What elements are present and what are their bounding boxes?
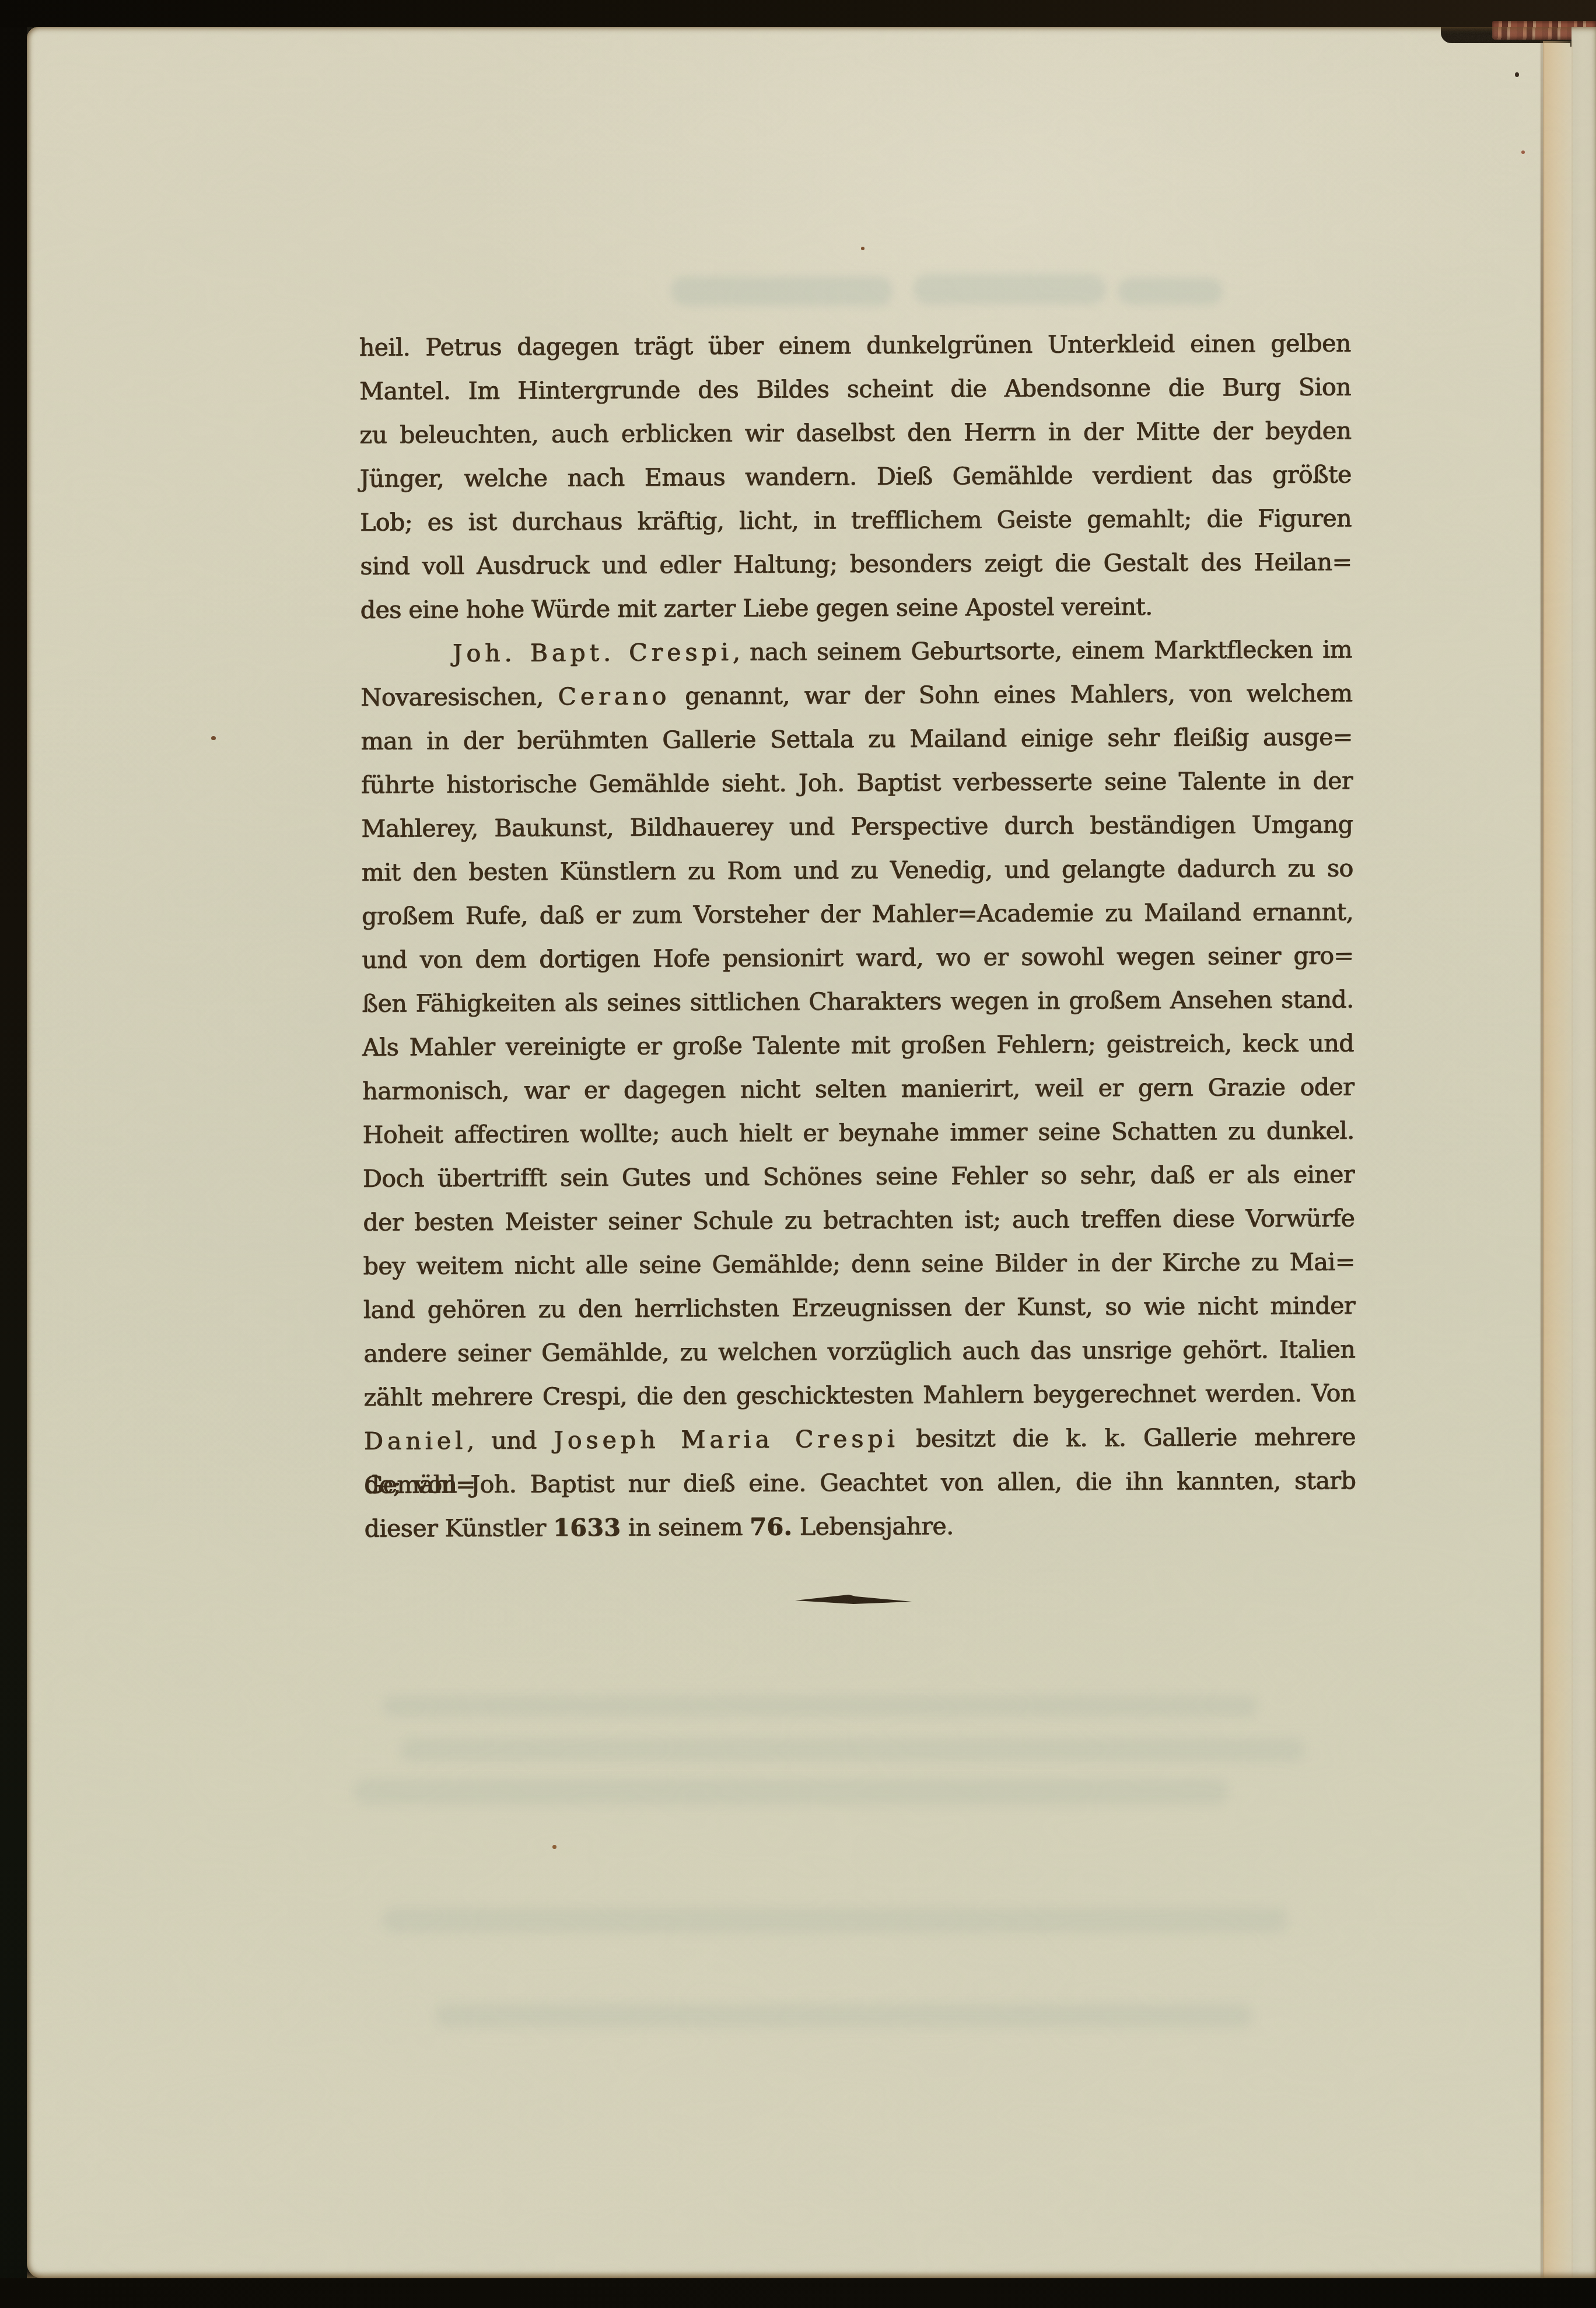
show-through-ghost xyxy=(353,1779,1228,1805)
text-segment: dieser Künstler xyxy=(364,1514,553,1542)
page-bottom-edge xyxy=(27,2271,1596,2278)
show-through-ghost xyxy=(400,1738,1304,1761)
text-line: Als Mahler vereinigte er große Talente m… xyxy=(362,1021,1354,1069)
text-line: sind voll Ausdruck und edler Haltung; be… xyxy=(360,540,1352,588)
text-line: harmonisch, war er dagegen nicht selten … xyxy=(362,1065,1354,1113)
show-through-ghost xyxy=(914,274,1106,304)
text-line: Hoheit affectiren wollte; auch hielt er … xyxy=(362,1109,1354,1157)
text-segment: heil. Petrus dagegen trägt über einem du… xyxy=(359,329,1350,361)
text-segment: , nach seinem Geburtsorte, einem Marktfl… xyxy=(733,635,1352,666)
text-line: zu beleuchten, auch erblicken wir daselb… xyxy=(359,409,1351,457)
text-segment: Jünger, welche nach Emaus wandern. Dieß … xyxy=(359,460,1351,492)
text-segment: andere seiner Gemählde, zu welchen vorzü… xyxy=(363,1335,1355,1367)
book-page-scan: heil. Petrus dagegen trägt über einem du… xyxy=(0,0,1596,2308)
text-segment: de; von Joh. Baptist nur dieß eine. Geac… xyxy=(364,1466,1356,1498)
text-segment: Hoheit affectiren wollte; auch hielt er … xyxy=(362,1116,1354,1148)
text-segment: Mantel. Im Hintergrunde des Bildes schei… xyxy=(359,373,1351,405)
text-block: heil. Petrus dagegen trägt über einem du… xyxy=(359,321,1356,1550)
text-segment: zu beleuchten, auch erblicken wir daselb… xyxy=(359,416,1351,449)
text-segment: Lob; es ist durchaus kräftig, licht, in … xyxy=(360,504,1352,536)
text-line: zählt mehrere Crespi, die den geschickte… xyxy=(363,1371,1355,1419)
diamond-rule-icon xyxy=(795,1594,912,1606)
section-divider-fleuron xyxy=(795,1594,912,1606)
page-fold-crease xyxy=(1541,41,1543,2278)
text-segment: und von dem dortigen Hofe pensionirt war… xyxy=(362,941,1353,973)
foxing-speck xyxy=(861,247,864,250)
show-through-ghost xyxy=(383,1907,1287,1933)
letterspaced-name: Daniel xyxy=(364,1427,467,1455)
text-segment: , und xyxy=(467,1426,554,1455)
show-through-ghost xyxy=(435,2004,1252,2027)
text-line: mit den besten Künstlern zu Rom und zu V… xyxy=(361,846,1353,894)
text-line: Mantel. Im Hintergrunde des Bildes schei… xyxy=(359,365,1351,413)
text-line: andere seiner Gemählde, zu welchen vorzü… xyxy=(363,1328,1355,1375)
text-segment: zählt mehrere Crespi, die den geschickte… xyxy=(363,1379,1355,1411)
foxing-speck xyxy=(211,736,216,740)
text-segment: Novaresischen, xyxy=(360,682,558,711)
text-segment: sind voll Ausdruck und edler Haltung; be… xyxy=(360,548,1352,580)
letterspaced-name: Joseph Maria Crespi xyxy=(554,1425,899,1455)
bold-numeral: 76. xyxy=(750,1512,792,1540)
text-line: und von dem dortigen Hofe pensionirt war… xyxy=(362,934,1353,982)
text-segment: Lebensjahre. xyxy=(792,1512,954,1540)
foxing-speck xyxy=(552,1845,556,1849)
book-page: heil. Petrus dagegen trägt über einem du… xyxy=(27,27,1596,2278)
text-segment: Mahlerey, Baukunst, Bildhauerey und Pers… xyxy=(361,810,1353,842)
scanner-margin-bottom xyxy=(0,2278,1596,2308)
text-segment: in seinem xyxy=(621,1513,750,1542)
text-line: dieser Künstler 1633 in seinem 76. Leben… xyxy=(364,1503,1356,1550)
text-segment: führte historische Gemählde sieht. Joh. … xyxy=(361,766,1353,798)
show-through-ghost xyxy=(383,1696,1258,1717)
bold-numeral: 1633 xyxy=(553,1514,621,1542)
text-line: heil. Petrus dagegen trägt über einem du… xyxy=(359,321,1350,369)
text-line: Lob; es ist durchaus kräftig, licht, in … xyxy=(360,496,1352,544)
show-through-ghost xyxy=(1118,278,1223,304)
text-segment: mit den besten Künstlern zu Rom und zu V… xyxy=(361,854,1353,886)
text-segment: Als Mahler vereinigte er große Talente m… xyxy=(362,1029,1354,1061)
show-through-ghost xyxy=(671,276,892,306)
text-line: führte historische Gemählde sieht. Joh. … xyxy=(361,759,1353,807)
foxing-speck xyxy=(1515,72,1519,77)
text-segment: bey weitem nicht alle seine Gemählde; de… xyxy=(363,1248,1354,1280)
text-line: ßen Fähigkeiten als seines sittlichen Ch… xyxy=(362,978,1353,1025)
text-line: Joh. Bapt. Crespi, nach seinem Geburtsor… xyxy=(360,628,1352,675)
text-line: des eine hohe Würde mit zarter Liebe geg… xyxy=(360,584,1352,632)
text-segment: genannt, war der Sohn eines Mahlers, von… xyxy=(670,679,1352,710)
adjacent-page-sliver xyxy=(1571,27,1596,2278)
text-line: Jünger, welche nach Emaus wandern. Dieß … xyxy=(359,453,1351,500)
letterspaced-name: Cerano xyxy=(558,682,670,710)
text-segment: Doch übertrifft sein Gutes und Schönes s… xyxy=(363,1160,1354,1192)
text-line: Daniel, und Joseph Maria Crespi besitzt … xyxy=(364,1415,1356,1463)
text-line: Mahlerey, Baukunst, Bildhauerey und Pers… xyxy=(361,803,1353,850)
text-segment: des eine hohe Würde mit zarter Liebe geg… xyxy=(360,593,1152,624)
text-line: großem Rufe, daß er zum Vorsteher der Ma… xyxy=(362,890,1353,938)
scanner-margin-top xyxy=(0,0,1596,27)
text-line: der besten Meister seiner Schule zu betr… xyxy=(363,1196,1354,1244)
text-segment: land gehören zu den herrlichsten Erzeugn… xyxy=(363,1291,1355,1323)
text-line: Doch übertrifft sein Gutes und Schönes s… xyxy=(363,1153,1354,1200)
text-line: bey weitem nicht alle seine Gemählde; de… xyxy=(363,1240,1354,1288)
letterspaced-name: Joh. Bapt. Crespi xyxy=(453,638,733,667)
text-segment: man in der berühmten Gallerie Settala zu… xyxy=(360,723,1352,755)
page-fold-highlight xyxy=(1543,41,1573,2278)
text-segment: großem Rufe, daß er zum Vorsteher der Ma… xyxy=(362,898,1353,930)
text-segment: der besten Meister seiner Schule zu betr… xyxy=(363,1204,1354,1236)
foxing-speck xyxy=(1521,150,1525,154)
text-line: de; von Joh. Baptist nur dieß eine. Geac… xyxy=(364,1459,1356,1507)
text-line: Novaresischen, Cerano genannt, war der S… xyxy=(360,671,1352,719)
text-segment: harmonisch, war er dagegen nicht selten … xyxy=(362,1073,1354,1105)
text-line: land gehören zu den herrlichsten Erzeugn… xyxy=(363,1284,1355,1332)
text-line: man in der berühmten Gallerie Settala zu… xyxy=(360,715,1352,763)
scanner-margin-left xyxy=(0,0,27,2308)
text-segment: ßen Fähigkeiten als seines sittlichen Ch… xyxy=(362,985,1353,1017)
